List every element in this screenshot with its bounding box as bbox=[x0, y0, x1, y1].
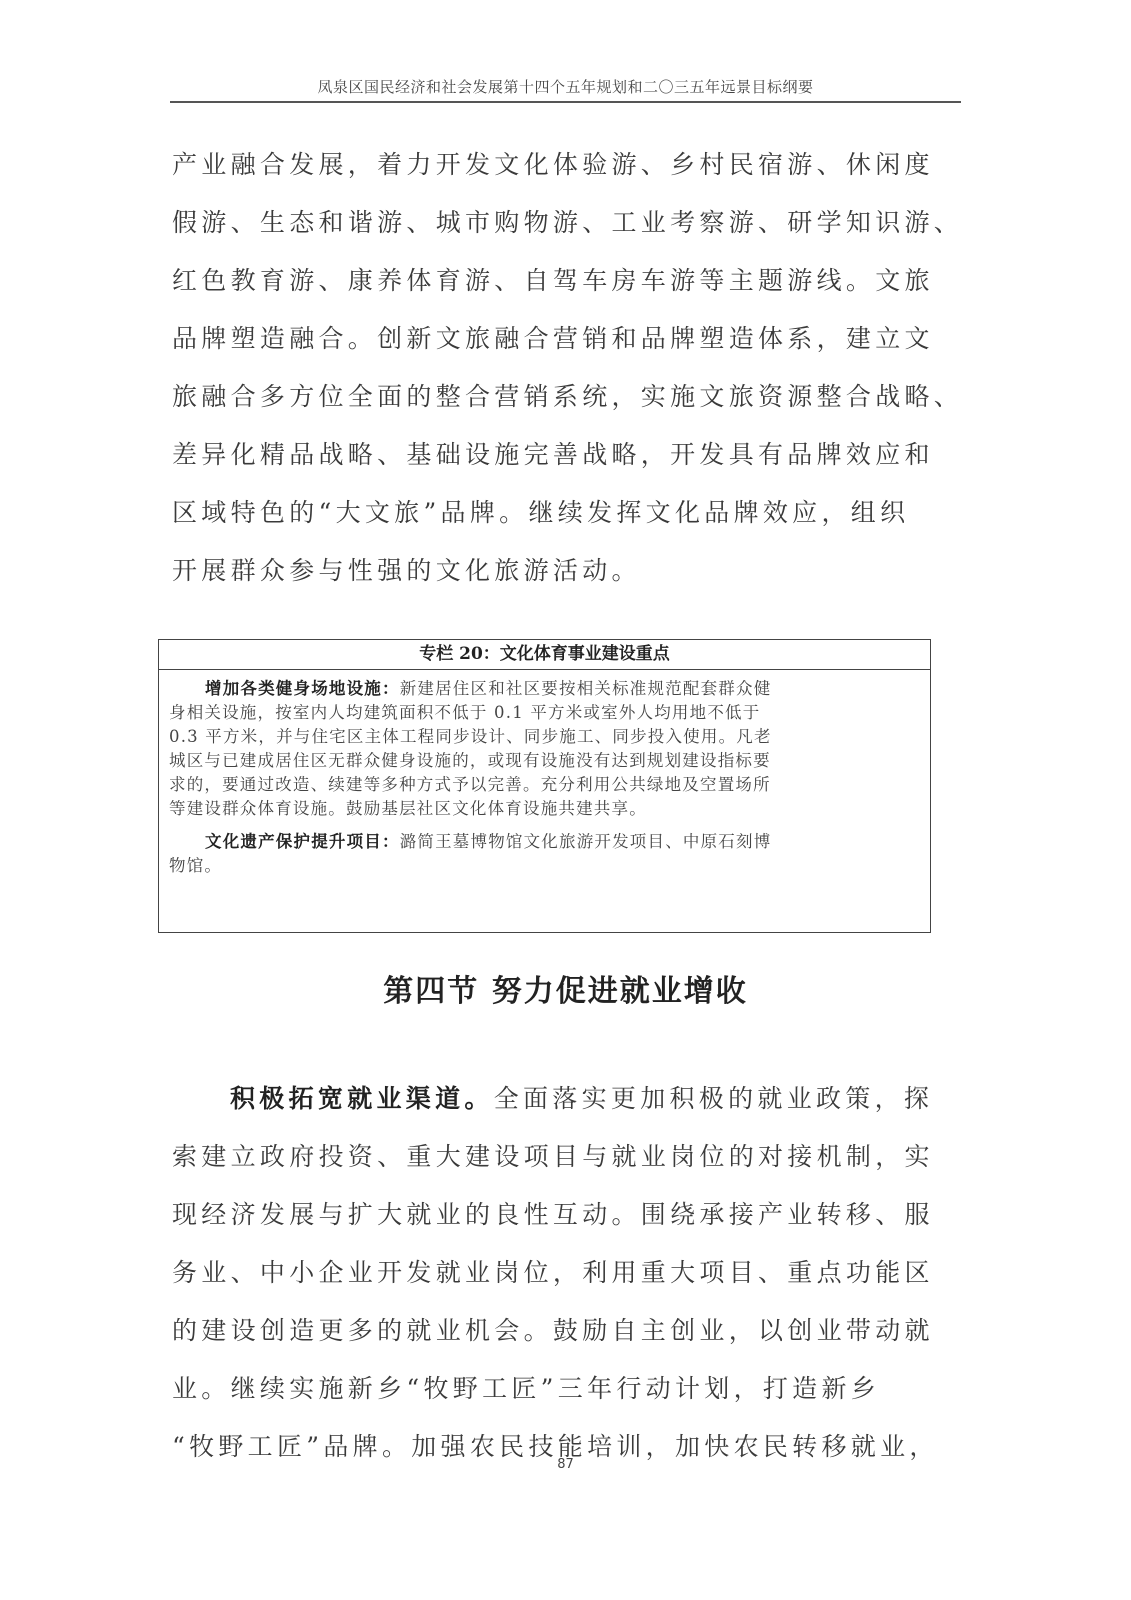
text-line: 品牌塑造融合。创新文旅融合营销和品牌塑造体系，建立文 bbox=[172, 310, 952, 368]
column-item-label: 增加各类健身场地设施： bbox=[205, 679, 400, 698]
paragraph-lead: 积极拓宽就业渠道。 bbox=[230, 1084, 494, 1113]
text-line: 旅融合多方位全面的整合营销系统，实施文旅资源整合战略、 bbox=[172, 368, 952, 426]
text-line: 城区与已建成居住区无群众健身设施的，或现有设施没有达到规划建设指标要 bbox=[169, 749, 920, 773]
text-line: 潞简王墓博物馆文化旅游开发项目、中原石刻博 bbox=[400, 832, 772, 851]
column-item-fitness-facilities: 增加各类健身场地设施：新建居住区和社区要按相关标准规范配套群众健 身相关设施，按… bbox=[169, 677, 920, 821]
running-header: 凤泉区国民经济和社会发展第十四个五年规划和二〇三五年远景目标纲要 bbox=[170, 76, 961, 97]
text-line: 开展群众参与性强的文化旅游活动。 bbox=[172, 542, 952, 600]
text-line: 假游、生态和谐游、城市购物游、工业考察游、研学知识游、 bbox=[172, 194, 952, 252]
text-line: 等建设群众体育设施。鼓励基层社区文化体育设施共建共享。 bbox=[169, 797, 920, 821]
text-line: 索建立政府投资、重大建设项目与就业岗位的对接机制，实 bbox=[172, 1128, 952, 1186]
section-heading: 第四节 努力促进就业增收 bbox=[170, 966, 961, 1010]
text-line: 现经济发展与扩大就业的良性互动。围绕承接产业转移、服 bbox=[172, 1186, 952, 1244]
text-line: 求的，要通过改造、续建等多种方式予以完善。充分利用公共绿地及空置场所 bbox=[169, 773, 920, 797]
page-number: 87 bbox=[0, 1457, 1131, 1472]
text-line: 的建设创造更多的就业机会。鼓励自主创业，以创业带动就 bbox=[172, 1302, 952, 1360]
text-line: 区域特色的“大文旅”品牌。继续发挥文化品牌效应，组织 bbox=[172, 484, 952, 542]
text-line: 业。继续实施新乡“牧野工匠”三年行动计划，打造新乡 bbox=[172, 1360, 952, 1418]
paragraph-tourism-integration: 产业融合发展，着力开发文化体验游、乡村民宿游、休闲度 假游、生态和谐游、城市购物… bbox=[172, 136, 952, 600]
text-line: 产业融合发展，着力开发文化体验游、乡村民宿游、休闲度 bbox=[172, 136, 952, 194]
text-line: 身相关设施，按室内人均建筑面积不低于 0.1 平方米或室外人均用地不低于 bbox=[169, 701, 920, 725]
text-line: 0.3 平方米，并与住宅区主体工程同步设计、同步施工、同步投入使用。凡老 bbox=[169, 725, 920, 749]
text-line: 新建居住区和社区要按相关标准规范配套群众健 bbox=[400, 679, 772, 698]
column-box-body: 增加各类健身场地设施：新建居住区和社区要按相关标准规范配套群众健 身相关设施，按… bbox=[159, 670, 930, 878]
column-box-title: 专栏 20：文化体育事业建设重点 bbox=[159, 640, 930, 670]
paragraph-employment: 积极拓宽就业渠道。全面落实更加积极的就业政策，探 索建立政府投资、重大建设项目与… bbox=[172, 1070, 952, 1476]
column-box: 专栏 20：文化体育事业建设重点 增加各类健身场地设施：新建居住区和社区要按相关… bbox=[158, 639, 931, 933]
text-line: 差异化精品战略、基础设施完善战略，开发具有品牌效应和 bbox=[172, 426, 952, 484]
text-line: 物馆。 bbox=[169, 854, 920, 878]
header-divider bbox=[170, 101, 961, 103]
column-item-heritage-protection: 文化遗产保护提升项目：潞简王墓博物馆文化旅游开发项目、中原石刻博 物馆。 bbox=[169, 830, 920, 878]
text-line: 红色教育游、康养体育游、自驾车房车游等主题游线。文旅 bbox=[172, 252, 952, 310]
column-item-label: 文化遗产保护提升项目： bbox=[205, 832, 400, 851]
text-line: 务业、中小企业开发就业岗位，利用重大项目、重点功能区 bbox=[172, 1244, 952, 1302]
text-line: 全面落实更加积极的就业政策，探 bbox=[494, 1084, 934, 1113]
